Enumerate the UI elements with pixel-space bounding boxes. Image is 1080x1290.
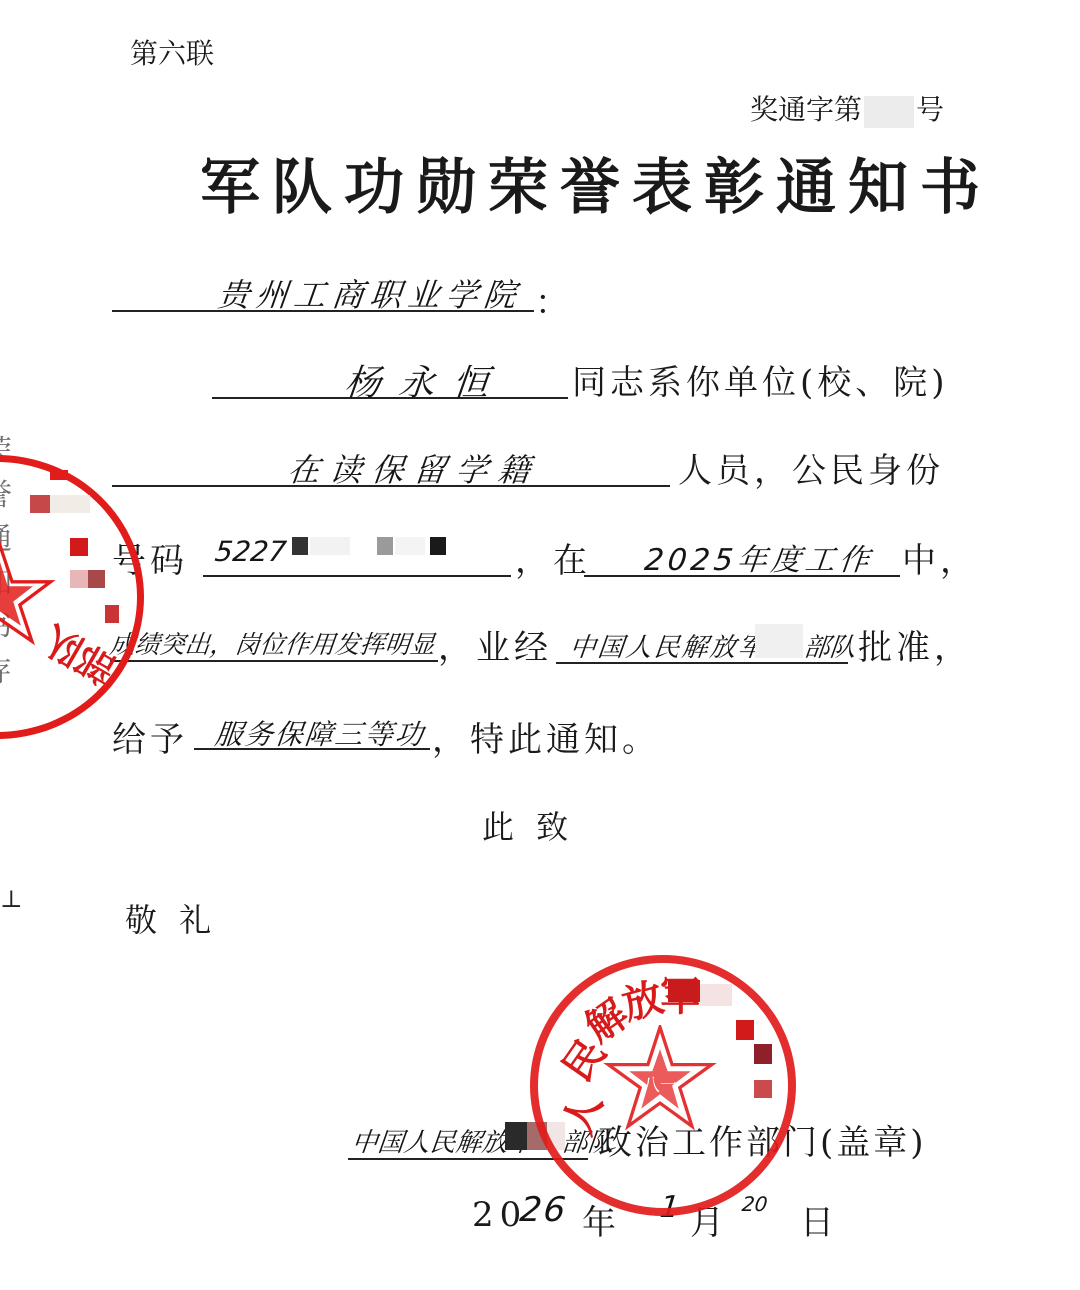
notice-text: ，特此通知。 bbox=[432, 712, 660, 761]
regards: 敬 礼 bbox=[125, 895, 217, 941]
period: 2025年度工作 bbox=[643, 535, 876, 579]
id-redaction bbox=[212, 537, 462, 557]
in-label: ，在 bbox=[515, 533, 591, 582]
recipient-colon: ： bbox=[535, 275, 573, 324]
stamp-redaction bbox=[668, 980, 778, 1105]
approver-redaction bbox=[755, 624, 803, 658]
award: 服务保障三等功 bbox=[213, 713, 427, 753]
approved-by-prefix: ，业经 bbox=[438, 620, 552, 669]
side-stamp-redaction bbox=[25, 470, 120, 620]
person-category: 在读保留学籍 bbox=[286, 445, 543, 491]
unit-statement: 同志系你单位(校、院) bbox=[572, 355, 949, 404]
copy-label: 第六联 bbox=[130, 32, 214, 72]
award-label: 给予 bbox=[112, 712, 188, 761]
day-label: 日 bbox=[800, 1195, 834, 1244]
approver: 中国人民解放军 bbox=[568, 627, 768, 664]
approved-text: 批准， bbox=[858, 620, 972, 669]
person-name: 杨永恒 bbox=[342, 355, 509, 406]
category-suffix: 人员，公民身份 bbox=[678, 443, 944, 492]
document-title: 军队功勋荣誉表彰通知书 bbox=[200, 140, 992, 226]
reason: 成绩突出，岗位作用发挥明显 bbox=[108, 625, 437, 661]
id-underline bbox=[203, 575, 511, 577]
redacted-number bbox=[864, 96, 914, 128]
recipient-org: 贵州工商职业学院 bbox=[216, 270, 525, 316]
margin-fragment: ⊥ bbox=[0, 885, 23, 913]
middle-label: 中， bbox=[902, 533, 978, 582]
date-day: 20 bbox=[741, 1192, 769, 1216]
doc-number-prefix: 奖通字第 bbox=[750, 93, 862, 126]
approver-suffix: 部队 bbox=[802, 627, 858, 664]
document-number: 奖通字第号 bbox=[750, 88, 944, 128]
doc-number-suffix: 号 bbox=[916, 93, 944, 126]
date-year-hand: 26 bbox=[518, 1190, 569, 1230]
salutation: 此 致 bbox=[482, 802, 574, 848]
